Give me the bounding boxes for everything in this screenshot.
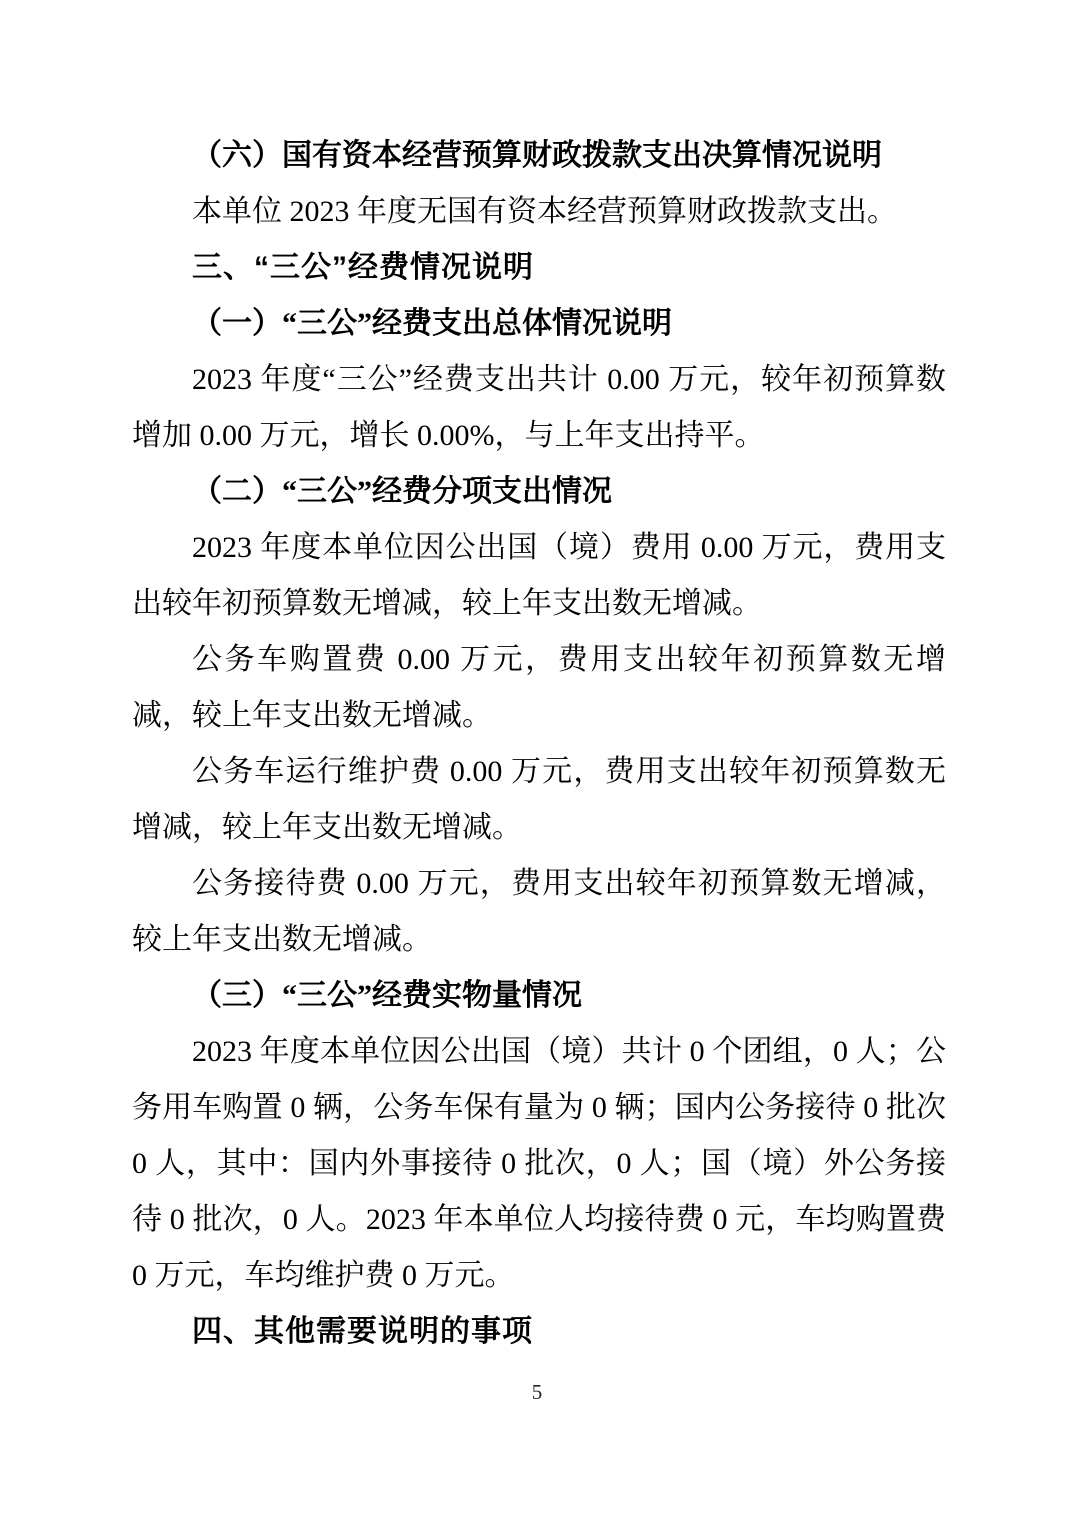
heading-chapter-3-three-public-expenses: 三、“三公”经费情况说明 [132, 240, 946, 296]
paragraph-vehicle-maintenance-expense: 公务车运行维护费 0.00 万元，费用支出较年初预算数无增减，较上年支出数无增减… [132, 744, 946, 856]
heading-section-1-overall-expenditure: （一）“三公”经费支出总体情况说明 [132, 296, 946, 352]
page-number: 5 [0, 1380, 1074, 1404]
paragraph-physical-quantity-detail: 2023 年度本单位因公出国（境）共计 0 个团组，0 人；公务用车购置 0 辆… [132, 1024, 946, 1304]
heading-section-3-physical-quantity: （三）“三公”经费实物量情况 [132, 968, 946, 1024]
document-page: （六）国有资本经营预算财政拨款支出决算情况说明 本单位 2023 年度无国有资本… [0, 0, 1074, 1520]
paragraph-overall-expenditure-detail: 2023 年度“三公”经费支出共计 0.00 万元，较年初预算数增加 0.00 … [132, 352, 946, 464]
heading-chapter-4-other-matters: 四、其他需要说明的事项 [132, 1304, 946, 1360]
paragraph-overseas-travel-expense: 2023 年度本单位因公出国（境）费用 0.00 万元，费用支出较年初预算数无增… [132, 520, 946, 632]
paragraph-vehicle-purchase-expense: 公务车购置费 0.00 万元，费用支出较年初预算数无增减，较上年支出数无增减。 [132, 632, 946, 744]
document-content: （六）国有资本经营预算财政拨款支出决算情况说明 本单位 2023 年度无国有资本… [132, 128, 946, 1360]
paragraph-no-state-capital-expenditure: 本单位 2023 年度无国有资本经营预算财政拨款支出。 [132, 184, 946, 240]
heading-section-6-state-capital-budget: （六）国有资本经营预算财政拨款支出决算情况说明 [132, 128, 946, 184]
paragraph-official-reception-expense: 公务接待费 0.00 万元，费用支出较年初预算数无增减，较上年支出数无增减。 [132, 856, 946, 968]
heading-section-2-itemized-expenditure: （二）“三公”经费分项支出情况 [132, 464, 946, 520]
